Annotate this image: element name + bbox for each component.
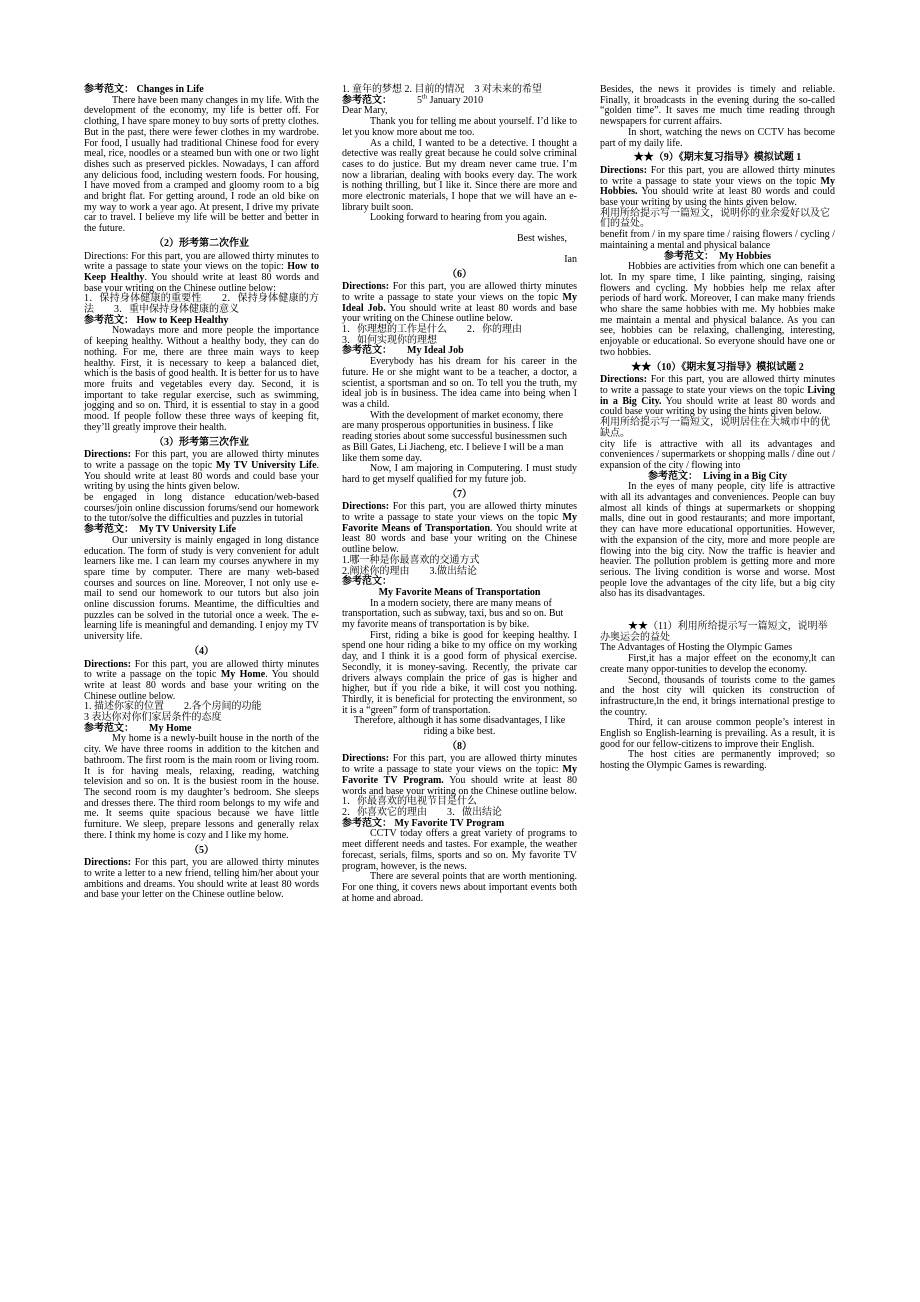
letter-closing: Best wishes, — [342, 234, 577, 245]
column-left: 参考范文： Changes in LifeThere have been man… — [84, 85, 319, 901]
letter-signature: Ian — [342, 255, 577, 266]
section-heading: ★★（10）《期末复习指导》模拟试题 2 — [600, 363, 835, 374]
section-heading: （8） — [342, 742, 577, 753]
directions: Directions: For this part, you are allow… — [342, 282, 577, 325]
essay-paragraph: Third, it can arouse common people’s int… — [600, 718, 835, 750]
essay-paragraph: Everybody has his dream for his career i… — [342, 357, 577, 411]
section-heading-inline: ★★（11）利用所给提示写一篇短文，说明举办奥运会的益处 — [600, 622, 835, 643]
section-heading: （4） — [84, 647, 319, 658]
hints: be engaged in long distance education/we… — [84, 493, 319, 525]
column-layout: 参考范文： Changes in LifeThere have been man… — [84, 85, 836, 904]
essay-paragraph: In the eyes of many people, city life is… — [600, 482, 835, 600]
section-heading: （3）形考第三次作业 — [84, 438, 319, 449]
directions: Directions: For this part, you are allow… — [342, 502, 577, 556]
essay-paragraph: CCTV today offers a great variety of pro… — [342, 829, 577, 872]
section-heading: ★★（9）《期末复习指导》模拟试题 1 — [600, 153, 835, 164]
hints: benefit from / in my spare time / raisin… — [600, 230, 835, 251]
chinese-instruction: 利用所给提示写一篇短文，说明你的业余爱好以及它们的益处。 — [600, 209, 835, 230]
hints: city life is attractive with all its adv… — [600, 440, 835, 472]
letter-paragraph: As a child, I wanted to be a detective. … — [342, 139, 577, 214]
essay-paragraph: In short, watching the news on CCTV has … — [600, 128, 835, 149]
directions: Directions: For this part, you are allow… — [600, 375, 835, 418]
essay-paragraph: Hobbies are activities from which one ca… — [600, 262, 835, 358]
chinese-instruction: 利用所给提示写一篇短文，说明居住在大城市中的优缺点。 — [600, 418, 835, 439]
directions: Directions: For this part, you are allow… — [600, 166, 835, 209]
section-heading: （5） — [84, 846, 319, 857]
essay-paragraph: Nowadays more and more people the import… — [84, 326, 319, 433]
directions: Directions: For this part, you are allow… — [342, 754, 577, 797]
letter-paragraph: Looking forward to hearing from you agai… — [342, 213, 577, 224]
essay-paragraph: There have been many changes in my life.… — [84, 96, 319, 235]
directions: Directions: For this part, you are allow… — [84, 252, 319, 295]
section-heading: （7） — [342, 490, 577, 501]
essay-paragraph: Now, I am majoring in Computering. I mus… — [342, 464, 577, 485]
essay-paragraph: My home is a newly-built house in the no… — [84, 734, 319, 841]
column-right: Besides, the news it provides is timely … — [600, 85, 835, 772]
outline: 1．保持身体健康的重要性 2．保持身体健康的方法 3．重申保持身体健康的意义 — [84, 294, 319, 315]
directions: Directions: For this part, you are allow… — [84, 660, 319, 703]
essay-paragraph: Therefore, although it has some disadvan… — [342, 716, 577, 737]
essay-paragraph: With the development of market economy, … — [342, 411, 577, 465]
essay-paragraph: The host cities are permanently improved… — [600, 750, 835, 771]
column-middle: 1. 童年的梦想 2. 目前的情况 3 对未来的希望参考范文： 5th Janu… — [342, 85, 577, 904]
essay-paragraph: Besides, the news it provides is timely … — [600, 85, 835, 128]
section-heading: （2）形考第二次作业 — [84, 239, 319, 250]
directions: Directions: For this part, you are allow… — [84, 858, 319, 901]
essay-paragraph: First,it has a major effeet on the econo… — [600, 654, 835, 675]
section-heading: （6） — [342, 270, 577, 281]
document-page: 参考范文： Changes in LifeThere have been man… — [0, 0, 920, 1302]
essay-paragraph: Our university is mainly engaged in long… — [84, 536, 319, 643]
essay-paragraph: There are several points that are worth … — [342, 872, 577, 904]
essay-paragraph: First, riding a bike is good for keeping… — [342, 631, 577, 717]
letter-paragraph: Thank you for telling me about yourself.… — [342, 117, 577, 138]
essay-paragraph: Second, thousands of tourists come to th… — [600, 676, 835, 719]
directions: Directions: For this part, you are allow… — [84, 450, 319, 493]
essay-paragraph: In a modern society, there are many mean… — [342, 599, 577, 631]
